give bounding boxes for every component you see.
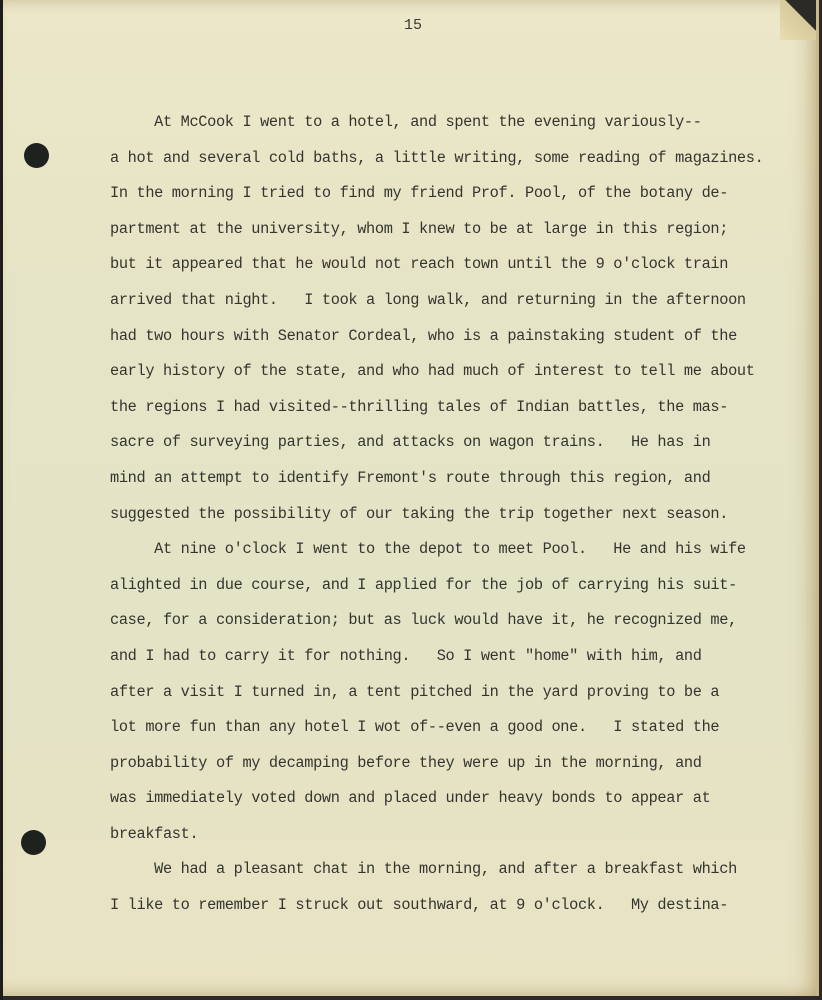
- text-line: after a visit I turned in, a tent pitche…: [110, 678, 800, 714]
- text-line: had two hours with Senator Cordeal, who …: [110, 322, 800, 358]
- text-line: was immediately voted down and placed un…: [110, 784, 800, 820]
- binder-hole-top: [24, 143, 49, 168]
- typewritten-page: 15 At McCook I went to a hotel, and spen…: [0, 0, 819, 996]
- text-line: but it appeared that he would not reach …: [110, 250, 800, 286]
- text-line: lot more fun than any hotel I wot of--ev…: [110, 713, 800, 749]
- text-line: In the morning I tried to find my friend…: [110, 179, 800, 215]
- text-line: At nine o'clock I went to the depot to m…: [110, 535, 800, 571]
- text-line: the regions I had visited--thrilling tal…: [110, 393, 800, 429]
- page-left-edge-shadow: [0, 0, 3, 1000]
- text-line: alighted in due course, and I applied fo…: [110, 571, 800, 607]
- text-line: I like to remember I struck out southwar…: [110, 891, 800, 927]
- text-line: case, for a consideration; but as luck w…: [110, 606, 800, 642]
- text-line: We had a pleasant chat in the morning, a…: [110, 855, 800, 891]
- text-line: a hot and several cold baths, a little w…: [110, 144, 800, 180]
- text-line: At McCook I went to a hotel, and spent t…: [110, 108, 800, 144]
- text-line: partment at the university, whom I knew …: [110, 215, 800, 251]
- text-line: and I had to carry it for nothing. So I …: [110, 642, 800, 678]
- text-line: sacre of surveying parties, and attacks …: [110, 428, 800, 464]
- binder-hole-bottom: [21, 830, 46, 855]
- text-line: breakfast.: [110, 820, 800, 856]
- page-number: 15: [404, 17, 422, 34]
- text-line: mind an attempt to identify Fremont's ro…: [110, 464, 800, 500]
- text-line: suggested the possibility of our taking …: [110, 500, 800, 536]
- text-line: early history of the state, and who had …: [110, 357, 800, 393]
- folded-corner: [780, 0, 816, 40]
- text-line: arrived that night. I took a long walk, …: [110, 286, 800, 322]
- text-line: probability of my decamping before they …: [110, 749, 800, 785]
- body-text: At McCook I went to a hotel, and spent t…: [110, 108, 800, 927]
